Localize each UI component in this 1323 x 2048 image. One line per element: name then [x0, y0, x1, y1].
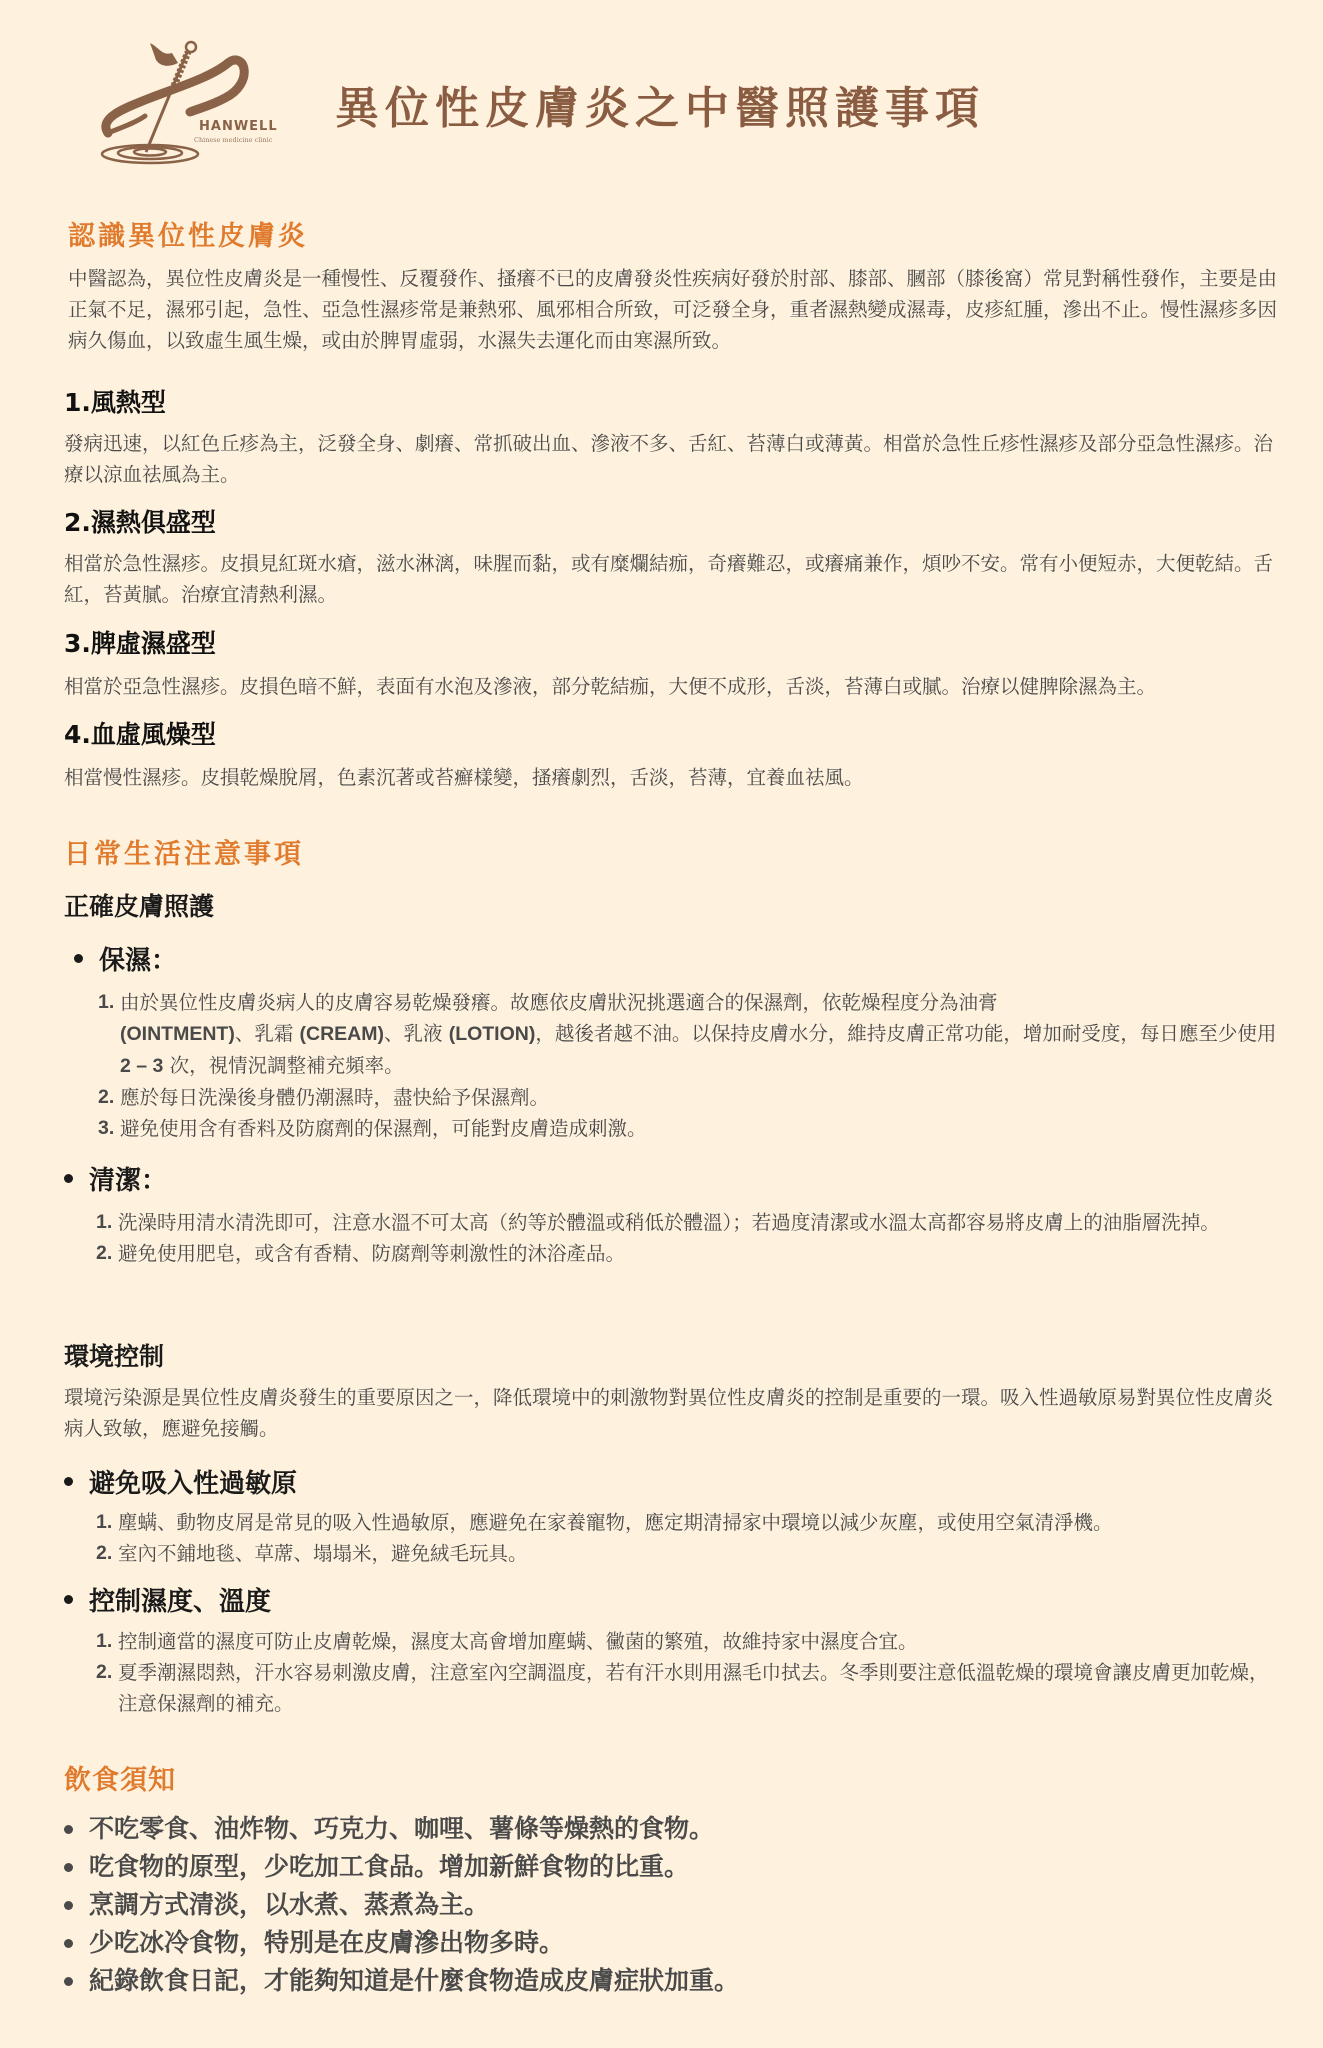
diet-list: 不吃零食、油炸物、巧克力、咖哩、薯條等燥熱的食物。 吃食物的原型，少吃加工食品。…	[64, 1810, 739, 2000]
section-heading-intro: 認識異位性皮膚炎	[68, 214, 308, 253]
type-description-2: 相當於急性濕疹。皮損見紅斑水瘡，滋水淋漓，味腥而黏，或有糜爛結痂，奇癢難忍，或癢…	[64, 548, 1279, 610]
list-number: 1.	[96, 1626, 118, 1657]
list-number: 3.	[98, 1113, 120, 1144]
allergens-item-2: 2. 室內不鋪地毯、草蓆、塌塌米，避免絨毛玩具。	[96, 1538, 1306, 1569]
page: HANWELL Chinese medicine clinic 異位性皮膚炎之中…	[0, 0, 1323, 2048]
list-number: 1.	[98, 987, 120, 1082]
moisturize-item-3: 3. 避免使用含有香料及防腐劑的保濕劑，可能對皮膚造成刺激。	[98, 1113, 1288, 1144]
humidity-item-1: 1. 控制適當的濕度可防止皮膚乾燥，濕度太高會增加塵螨、黴菌的繁殖，故維持家中濕…	[96, 1626, 1286, 1657]
bullet-icon	[64, 1477, 73, 1486]
type-description-4: 相當慢性濕疹。皮損乾燥脫屑，色素沉著或苔癬樣變，搔癢劇烈，舌淡，苔薄，宜養血祛風…	[64, 762, 1279, 793]
type-heading-3: 3.脾虛濕盛型	[64, 624, 216, 660]
bullet-allergens: 避免吸入性過敏原	[64, 1463, 297, 1500]
humidity-list: 1. 控制適當的濕度可防止皮膚乾燥，濕度太高會增加塵螨、黴菌的繁殖，故維持家中濕…	[96, 1626, 1286, 1719]
bullet-icon	[74, 954, 83, 963]
humidity-item-2: 2. 夏季潮濕悶熱，汗水容易刺激皮膚，注意室內空調溫度，若有汗水則用濕毛巾拭去。…	[96, 1657, 1286, 1719]
type-description-1: 發病迅速，以紅色丘疹為主，泛發全身、劇癢、常抓破出血、滲液不多、舌紅、苔薄白或薄…	[64, 428, 1279, 490]
type-description-3: 相當於亞急性濕疹。皮損色暗不鮮，表面有水泡及滲液，部分乾結痂，大便不成形，舌淡，…	[64, 671, 1323, 702]
bullet-icon	[64, 1595, 73, 1604]
moisturize-item-2: 2. 應於每日洗澡後身體仍潮濕時，盡快給予保濕劑。	[98, 1082, 1288, 1113]
list-number: 1.	[96, 1507, 118, 1538]
list-number: 2.	[96, 1657, 118, 1719]
moisturize-list: 1. 由於異位性皮膚炎病人的皮膚容易乾燥發癢。故應依皮膚狀況挑選適合的保濕劑，依…	[98, 987, 1288, 1144]
bullet-moisturize: 保濕：	[74, 940, 177, 977]
bullet-cleansing: 清潔：	[64, 1160, 167, 1197]
subheading-environment: 環境控制	[64, 1337, 164, 1373]
logo-brand: HANWELL	[199, 119, 278, 134]
environment-paragraph: 環境污染源是異位性皮膚炎發生的重要原因之一，降低環境中的刺激物對異位性皮膚炎的控…	[64, 1382, 1274, 1444]
bullet-humidity: 控制濕度、溫度	[64, 1581, 271, 1618]
moisturize-item-1: 1. 由於異位性皮膚炎病人的皮膚容易乾燥發癢。故應依皮膚狀況挑選適合的保濕劑，依…	[98, 987, 1288, 1082]
subheading-skin-care: 正確皮膚照護	[64, 887, 214, 923]
list-number: 2.	[96, 1238, 118, 1269]
bullet-icon	[64, 1977, 73, 1986]
page-title: 異位性皮膚炎之中醫照護事項	[335, 72, 985, 136]
diet-item-3: 烹調方式清淡，以水煮、蒸煮為主。	[64, 1886, 739, 1924]
cleansing-item-1: 1. 洗澡時用清水清洗即可，注意水溫不可太高（約等於體溫或稍低於體溫）；若過度清…	[96, 1207, 1286, 1238]
type-heading-2: 2.濕熱俱盛型	[64, 503, 216, 539]
bullet-icon	[64, 1825, 73, 1834]
section-heading-daily: 日常生活注意事項	[64, 832, 304, 871]
type-heading-1: 1.風熱型	[64, 383, 166, 419]
logo-tagline: Chinese medicine clinic	[194, 136, 272, 144]
list-number: 1.	[96, 1207, 118, 1238]
frequency-value: 2 – 3	[120, 1055, 163, 1077]
list-number: 2.	[96, 1538, 118, 1569]
list-number: 2.	[98, 1082, 120, 1113]
diet-item-2: 吃食物的原型，少吃加工食品。增加新鮮食物的比重。	[64, 1848, 739, 1886]
bullet-icon	[64, 1901, 73, 1910]
bullet-moisturize-label: 保濕：	[99, 940, 177, 977]
bullet-icon	[64, 1939, 73, 1948]
bullet-allergens-label: 避免吸入性過敏原	[89, 1463, 297, 1500]
diet-item-1: 不吃零食、油炸物、巧克力、咖哩、薯條等燥熱的食物。	[64, 1810, 739, 1848]
cleansing-item-2: 2. 避免使用肥皂，或含有香精、防腐劑等刺激性的沐浴產品。	[96, 1238, 1286, 1269]
intro-paragraph: 中醫認為，異位性皮膚炎是一種慢性、反覆發作、搔癢不已的皮膚發炎性疾病好發於肘部、…	[68, 263, 1278, 356]
header: HANWELL Chinese medicine clinic 異位性皮膚炎之中…	[0, 0, 1323, 190]
lotion-term: (LOTION)	[449, 1023, 536, 1045]
cleansing-list: 1. 洗澡時用清水清洗即可，注意水溫不可太高（約等於體溫或稍低於體溫）；若過度清…	[96, 1207, 1286, 1269]
hanwell-logo: HANWELL Chinese medicine clinic	[90, 38, 270, 168]
cream-term: (CREAM)	[300, 1023, 384, 1045]
bullet-icon	[64, 1174, 73, 1183]
bullet-icon	[64, 1863, 73, 1872]
needle-swirl-logo-icon	[90, 38, 270, 168]
bullet-cleansing-label: 清潔：	[89, 1160, 167, 1197]
section-heading-diet: 飲食須知	[64, 1758, 176, 1797]
ointment-term: (OINTMENT)	[120, 1023, 235, 1045]
allergens-list: 1. 塵螨、動物皮屑是常見的吸入性過敏原，應避免在家養寵物，應定期清掃家中環境以…	[96, 1507, 1306, 1569]
allergens-item-1: 1. 塵螨、動物皮屑是常見的吸入性過敏原，應避免在家養寵物，應定期清掃家中環境以…	[96, 1507, 1306, 1538]
bullet-humidity-label: 控制濕度、溫度	[89, 1581, 271, 1618]
diet-item-5: 紀錄飲食日記，才能夠知道是什麼食物造成皮膚症狀加重。	[64, 1962, 739, 2000]
type-heading-4: 4.血虛風燥型	[64, 715, 216, 751]
diet-item-4: 少吃冰冷食物，特別是在皮膚滲出物多時。	[64, 1924, 739, 1962]
